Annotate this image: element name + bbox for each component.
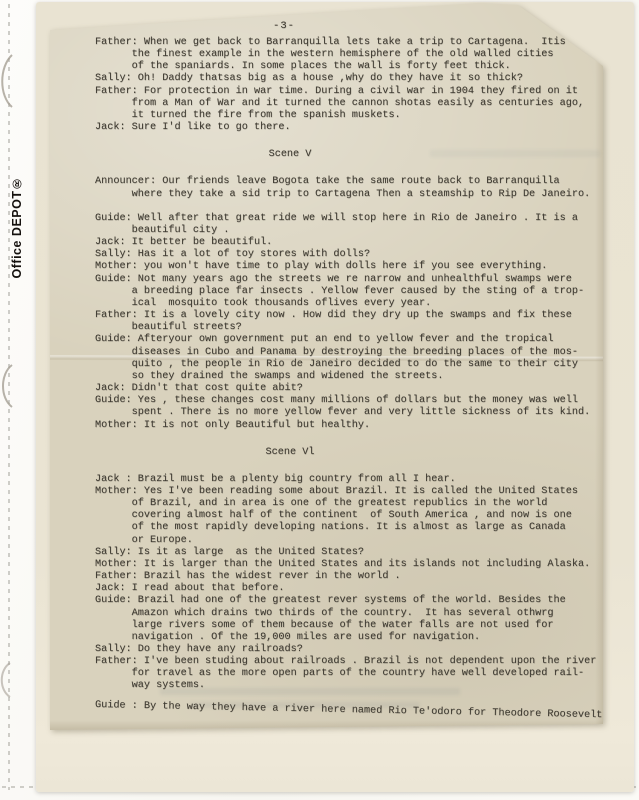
dialogue-line: where they take a sid trip to Cartagena … — [95, 189, 595, 201]
dialogue-line — [95, 201, 595, 213]
dialogue-line: way systems. — [95, 680, 595, 692]
script-text: Father: When we get back to Barranquilla… — [95, 37, 595, 712]
dialogue-line: so they drained the swamps and widened t… — [95, 371, 595, 383]
dialogue-line: Sally: Is it as large as the United Stat… — [95, 547, 595, 559]
dialogue-line: Father: I've been studing about railroad… — [95, 656, 595, 668]
dialogue-line: navigation . Of the 19,000 miles are use… — [95, 632, 595, 644]
dialogue-line: quito , the people in Rio de Janeiro dec… — [95, 359, 595, 371]
dialogue-line: of the most rapidly developing nations. … — [95, 522, 595, 534]
dialogue-line: Guide: Afteryour own government put an e… — [95, 334, 595, 346]
dialogue-line-slanted: Guide : By the way they have a river her… — [95, 700, 595, 722]
dialogue-line: ical mosquito took thousands oflives eve… — [95, 298, 595, 310]
dialogue-line: diseases in Cubo and Panama by destroyin… — [95, 347, 595, 359]
dialogue-line: Mother: It is not only Beautiful but hea… — [95, 420, 595, 432]
dialogue-line: large rivers some of them because of the… — [95, 620, 595, 632]
page-edge-shade — [50, 720, 603, 730]
dialogue-line: of Brazil, and in area is one of the gre… — [95, 498, 595, 510]
sheet-protector: Office DEPOT® -3- Father: When we get ba… — [0, 0, 639, 800]
dialogue-line: Guide: Not many years ago the streets we… — [95, 274, 595, 286]
dialogue-line: Sally: Do they have any railroads? — [95, 644, 595, 656]
page-number: -3- — [50, 20, 518, 32]
dialogue-line: it turned the fire from the spanish musk… — [95, 110, 595, 122]
dialogue-line: Mother: you won't have time to play with… — [95, 261, 595, 273]
scene-heading: Scene V — [95, 149, 485, 161]
dialogue-line: Father: When we get back to Barranquilla… — [95, 37, 595, 49]
dialogue-line: Announcer: Our friends leave Bogota take… — [95, 176, 595, 188]
dialogue-line: Father: For protection in war time. Duri… — [95, 86, 595, 98]
dialogue-line: Mother: It is larger than the United Sta… — [95, 559, 595, 571]
dialogue-line: Father: Brazil has the widest rever in t… — [95, 571, 595, 583]
dialogue-line: the finest example in the western hemisp… — [95, 49, 595, 61]
dialogue-line: Mother: Yes I've been reading some about… — [95, 486, 595, 498]
typed-page: -3- Father: When we get back to Barranqu… — [50, 0, 603, 730]
typed-page-wrap: -3- Father: When we get back to Barranqu… — [50, 0, 603, 730]
dialogue-line: Jack: It better be beautiful. — [95, 237, 595, 249]
dialogue-sections: Father: When we get back to Barranquilla… — [95, 37, 595, 693]
dialogue-line: covering almost half of the continent of… — [95, 510, 595, 522]
scene-heading: Scene Vl — [95, 447, 485, 459]
dialogue-line: Guide: Brazil had one of the greatest re… — [95, 595, 595, 607]
dialogue-line: from a Man of War and it turned the cann… — [95, 98, 595, 110]
dialogue-line: Jack: I read about that before. — [95, 583, 595, 595]
page-edge-shade — [595, 40, 603, 730]
dialogue-line: Sally: Has it a lot of toy stores with d… — [95, 249, 595, 261]
binder-ring-icon — [0, 52, 14, 110]
dialogue-line: beautiful city . — [95, 225, 595, 237]
dialogue-line: a breeding place far insects . Yellow fe… — [95, 286, 595, 298]
dialogue-line: for travel as the more open parts of the… — [95, 668, 595, 680]
dialogue-line: Jack : Brazil must be a plenty big count… — [95, 474, 595, 486]
dialogue-line: Guide: Well after that great ride we wil… — [95, 213, 595, 225]
dialogue-line: beautiful streets? — [95, 322, 595, 334]
dialogue-line: Sally: Oh! Daddy thatsas big as a house … — [95, 73, 595, 85]
dialogue-line: or Europe. — [95, 535, 595, 547]
dialogue-line: Father: It is a lovely city now . How di… — [95, 310, 595, 322]
dialogue-line: Amazon which drains two thirds of the co… — [95, 608, 595, 620]
dialogue-line: of the spaniards. In some places the wal… — [95, 61, 595, 73]
dialogue-line: Jack: Didn't that cost quite abit? — [95, 383, 595, 395]
dialogue-line: Guide: Yes , these changes cost many mil… — [95, 395, 595, 407]
office-depot-logo: Office DEPOT® — [10, 176, 24, 278]
dialogue-line: spent . There is no more yellow fever an… — [95, 407, 595, 419]
binder-ring-icon — [0, 362, 14, 410]
dialogue-line: Jack: Sure I'd like to go there. — [95, 122, 595, 134]
binder-ring-icon — [0, 660, 12, 700]
